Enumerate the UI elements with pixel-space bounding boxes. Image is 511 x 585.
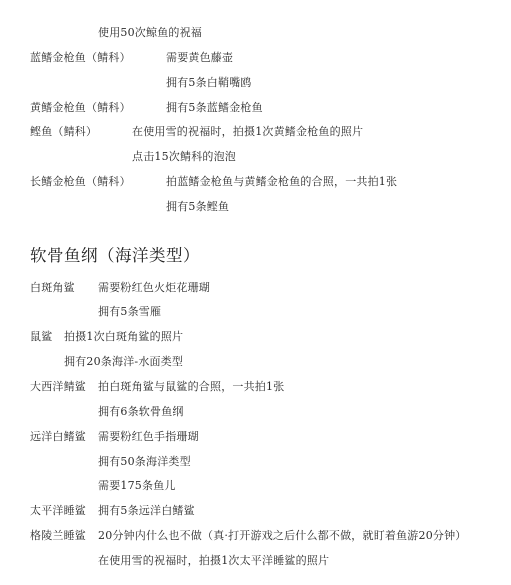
requirement-text: 20分钟内什么也不做（真·打开游戏之后什么都不做，就盯着鱼游20分钟） xyxy=(98,529,467,543)
requirement-text: 拥有5条白鞘嘴鸥 xyxy=(166,76,252,90)
requirement-text: 在使用雪的祝福时，拍摄1次太平洋睡鲨的照片 xyxy=(98,554,329,568)
fish-name-greenland-shark: 格陵兰睡鲨 xyxy=(30,529,86,543)
requirement-text: 需要175条鱼儿 xyxy=(98,479,176,493)
fish-name-oceanic-whitetip: 远洋白鳍鲨 xyxy=(30,430,86,444)
requirement-text: 拍蓝鳍金枪鱼与黄鳍金枪鱼的合照，一共拍1张 xyxy=(166,175,397,189)
requirement-text: 需要黄色藤壶 xyxy=(166,51,233,65)
fish-name-skipjack: 鲣鱼（鲭科） xyxy=(30,125,97,139)
requirement-text: 拥有5条雪雁 xyxy=(98,305,161,319)
requirement-text: 拥有5条鲣鱼 xyxy=(166,200,229,214)
requirement-text: 需要粉红色手指珊瑚 xyxy=(98,430,199,444)
requirement-text: 在使用雪的祝福时，拍摄1次黄鳍金枪鱼的照片 xyxy=(132,125,363,139)
fish-name-spiny-dogfish: 白斑角鲨 xyxy=(30,281,75,295)
requirement-text: 拍白斑角鲨与鼠鲨的合照，一共拍1张 xyxy=(98,380,284,394)
requirement-text: 拥有5条远洋白鳍鲨 xyxy=(98,504,195,518)
fish-name-bluefin-tuna: 蓝鳍金枪鱼（鲭科） xyxy=(30,51,131,65)
requirement-text: 需要粉红色火炬花珊瑚 xyxy=(98,281,210,295)
requirement-text: 点击15次鲭科的泡泡 xyxy=(132,150,236,164)
fish-name-pacific-sleeper-shark: 太平洋睡鲨 xyxy=(30,504,86,518)
fish-name-shortfin-mako: 大西洋鲭鲨 xyxy=(30,380,86,394)
section-heading: 软骨鱼纲（海洋类型） xyxy=(30,246,200,266)
requirement-text: 拥有6条软骨鱼纲 xyxy=(98,405,184,419)
requirement-text: 拥有5条蓝鳍金枪鱼 xyxy=(166,101,263,115)
requirement-text: 使用50次鲸鱼的祝福 xyxy=(98,26,202,40)
fish-name-porbeagle: 鼠鲨 xyxy=(30,330,52,344)
fish-name-yellowfin-tuna: 黄鳍金枪鱼（鲭科） xyxy=(30,101,131,115)
fish-name-albacore: 长鳍金枪鱼（鲭科） xyxy=(30,175,131,189)
requirement-text: 拥有20条海洋-水面类型 xyxy=(64,355,183,369)
requirement-text: 拥有50条海洋类型 xyxy=(98,455,191,469)
requirement-text: 拍摄1次白斑角鲨的照片 xyxy=(64,330,183,344)
